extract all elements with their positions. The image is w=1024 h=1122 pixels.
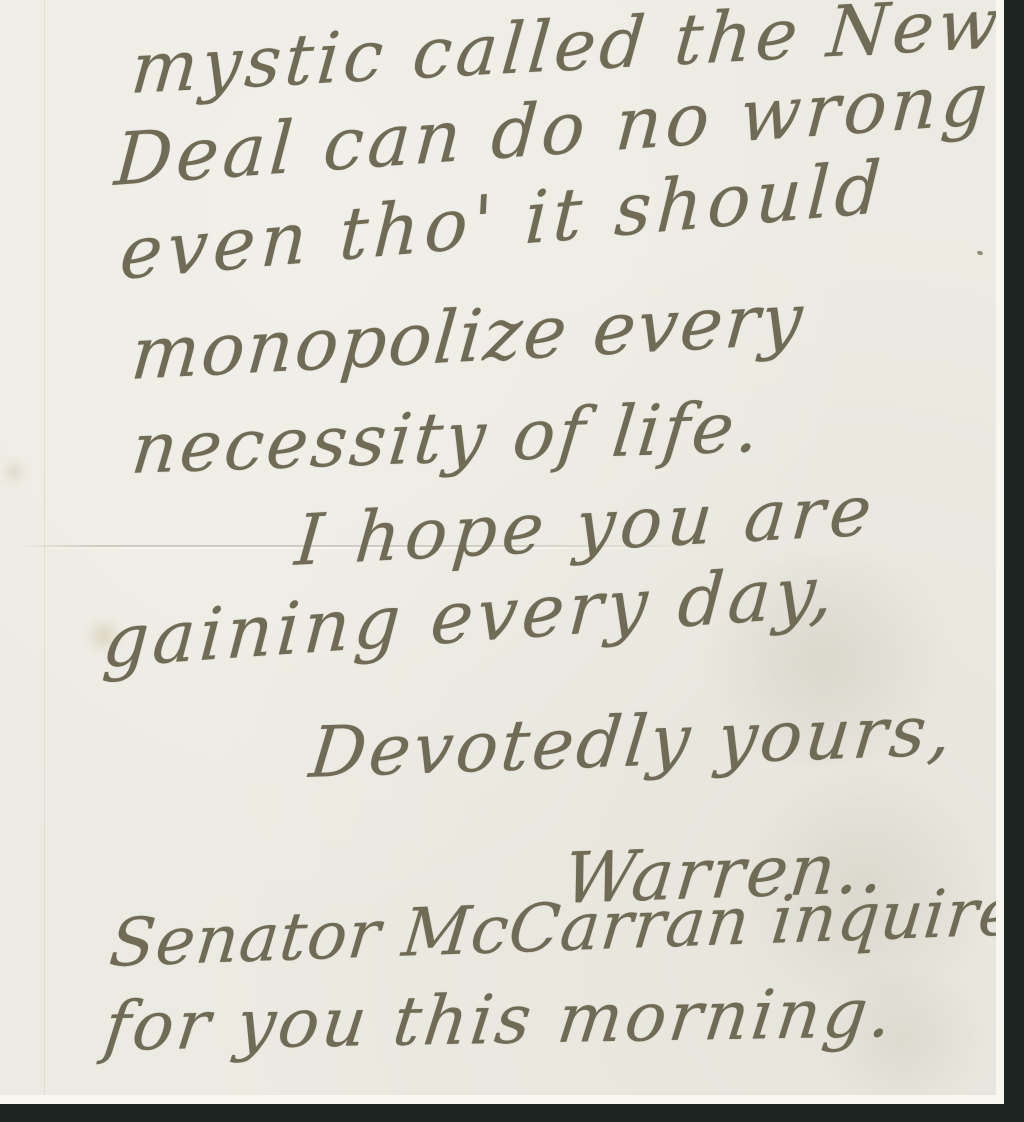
paper-stain xyxy=(0,460,28,484)
paper-cut-edge xyxy=(996,0,1004,1104)
paper-cut-edge xyxy=(0,1095,1004,1104)
scanned-letter-page: mystic called the New Deal can do no wro… xyxy=(0,0,1024,1122)
ink-speck xyxy=(976,250,983,256)
paper-edge-line xyxy=(44,0,45,1104)
letter-line-5: necessity of life. xyxy=(128,386,766,490)
postscript-line-2: for you this morning. xyxy=(100,974,899,1067)
letter-line-4: monopolize every xyxy=(128,276,808,396)
letter-paper: mystic called the New Deal can do no wro… xyxy=(0,0,1004,1104)
